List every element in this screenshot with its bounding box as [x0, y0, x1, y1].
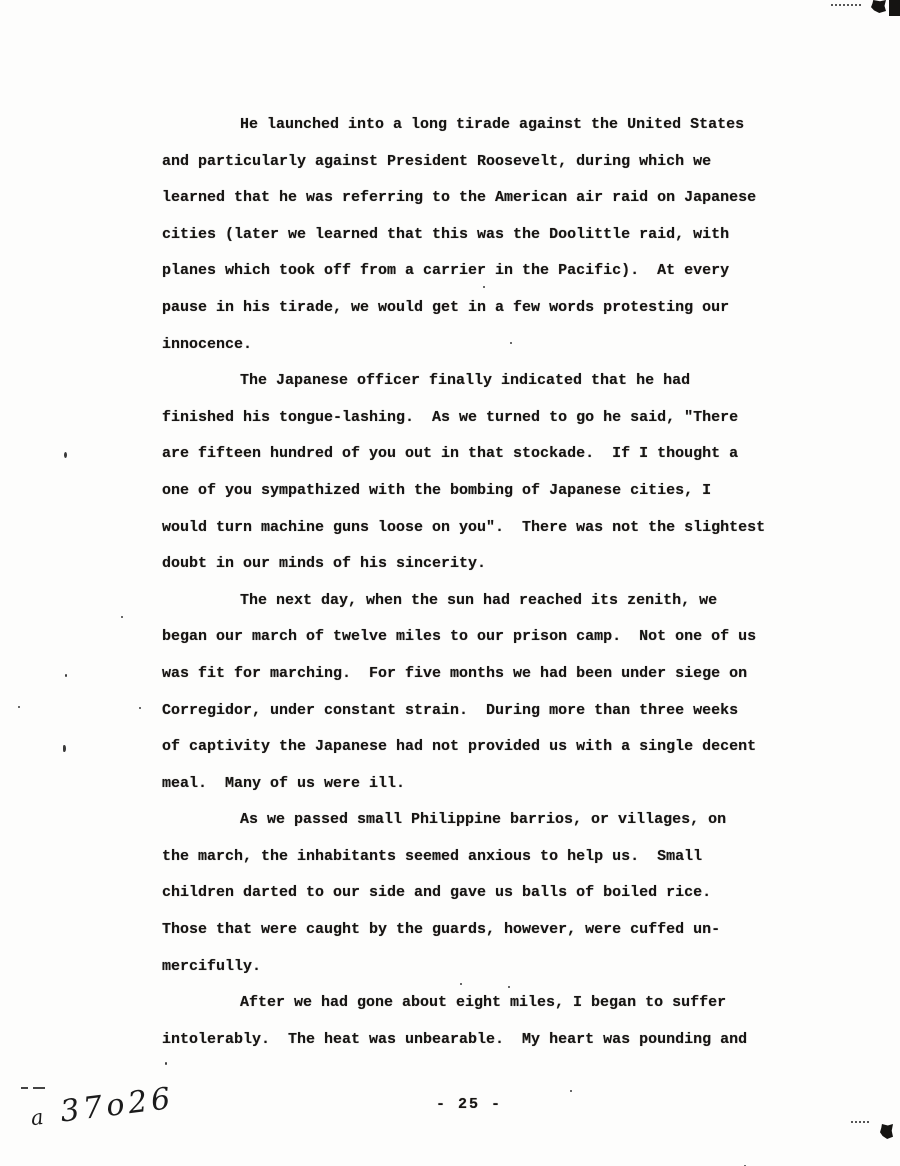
scan-speck — [65, 674, 67, 677]
page-number: - 25 - — [436, 1096, 502, 1113]
text-line: Corregidor, under constant strain. Durin… — [162, 693, 802, 730]
paragraph: The Japanese officer finally indicated t… — [162, 363, 802, 583]
text-line: are fifteen hundred of you out in that s… — [162, 436, 802, 473]
text-line: The Japanese officer finally indicated t… — [162, 363, 802, 400]
scan-speck — [483, 286, 485, 288]
text-line: was fit for marching. For five months we… — [162, 656, 802, 693]
text-line: would turn machine guns loose on you". T… — [162, 510, 802, 547]
scan-dash-mark — [33, 1087, 45, 1089]
text-line: began our march of twelve miles to our p… — [162, 619, 802, 656]
text-line: learned that he was referring to the Ame… — [162, 180, 802, 217]
scan-blob-bottom-right — [880, 1124, 893, 1139]
text-line: mercifully. — [162, 949, 802, 986]
scan-smudge-top-right — [831, 4, 861, 6]
scanned-document-page: He launched into a long tirade against t… — [0, 0, 900, 1166]
text-line: The next day, when the sun had reached i… — [162, 583, 802, 620]
scan-blob-top-edge — [889, 0, 900, 16]
text-line: intolerably. The heat was unbearable. My… — [162, 1022, 802, 1059]
scan-speck — [508, 986, 510, 988]
text-line: the march, the inhabitants seemed anxiou… — [162, 839, 802, 876]
paragraph: He launched into a long tirade against t… — [162, 107, 802, 363]
scan-speck — [139, 707, 141, 709]
scan-speck — [510, 342, 512, 344]
scan-speck — [570, 1090, 572, 1092]
scan-dash-mark — [21, 1087, 28, 1089]
text-line: of captivity the Japanese had not provid… — [162, 729, 802, 766]
text-line: and particularly against President Roose… — [162, 144, 802, 181]
text-line: pause in his tirade, we would get in a f… — [162, 290, 802, 327]
scan-speck — [64, 452, 67, 458]
scan-speck — [18, 706, 20, 708]
text-line: He launched into a long tirade against t… — [162, 107, 802, 144]
text-line: As we passed small Philippine barrios, o… — [162, 802, 802, 839]
text-line: children darted to our side and gave us … — [162, 875, 802, 912]
text-line: one of you sympathized with the bombing … — [162, 473, 802, 510]
scan-speck — [460, 983, 462, 985]
text-line: Those that were caught by the guards, ho… — [162, 912, 802, 949]
scan-speck — [165, 1062, 167, 1065]
text-line: planes which took off from a carrier in … — [162, 253, 802, 290]
paragraph: After we had gone about eight miles, I b… — [162, 985, 802, 1058]
handwritten-archive-number: a 37o26 — [29, 1078, 202, 1133]
text-line: meal. Many of us were ill. — [162, 766, 802, 803]
paragraph: The next day, when the sun had reached i… — [162, 583, 802, 803]
paragraph: As we passed small Philippine barrios, o… — [162, 802, 802, 985]
text-line: After we had gone about eight miles, I b… — [162, 985, 802, 1022]
text-line: innocence. — [162, 327, 802, 364]
scan-speck — [63, 745, 66, 752]
text-line: doubt in our minds of his sincerity. — [162, 546, 802, 583]
scan-speck — [121, 616, 123, 618]
text-line: finished his tongue-lashing. As we turne… — [162, 400, 802, 437]
typewritten-text-block: He launched into a long tirade against t… — [162, 107, 802, 1058]
scan-smudge-bottom-right — [851, 1121, 869, 1123]
scan-blob-top-right — [871, 0, 886, 13]
text-line: cities (later we learned that this was t… — [162, 217, 802, 254]
